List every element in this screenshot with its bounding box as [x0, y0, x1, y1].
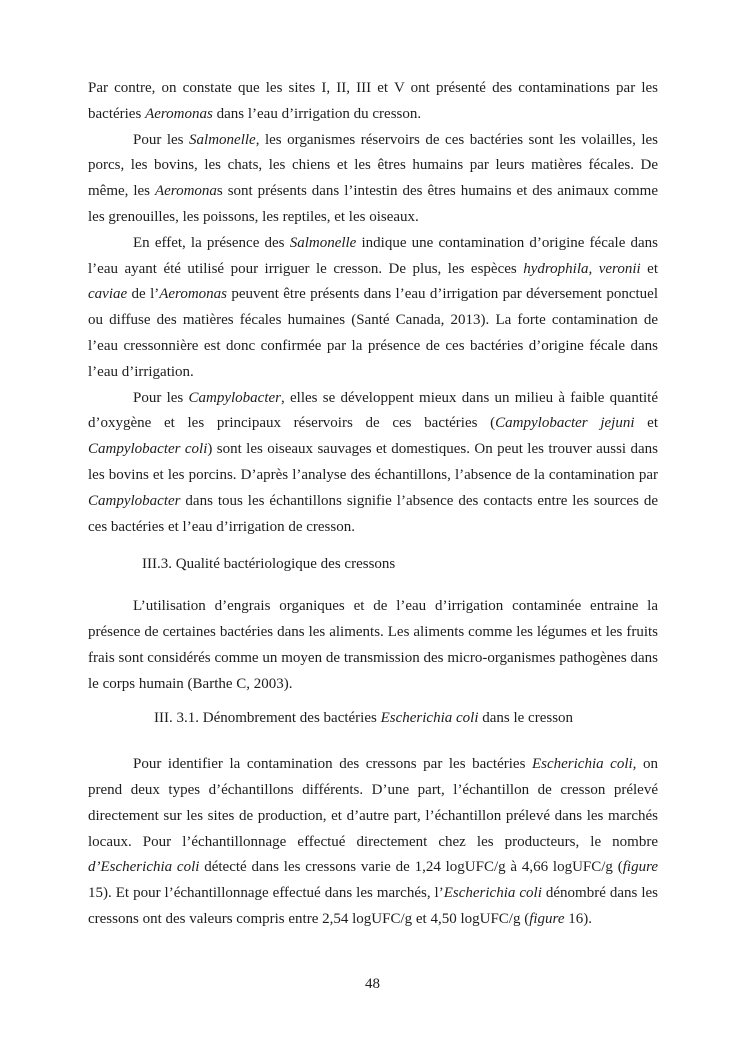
paragraph-salmonelle-reservoirs: Pour les Salmonelle, les organismes rése… [88, 128, 658, 231]
italic-text-run: Campylobacter [88, 493, 180, 509]
text-run: En effet, la présence des [133, 235, 290, 251]
italic-text-run: Escherichia coli [381, 710, 479, 726]
italic-text-run: Salmonelle [290, 235, 357, 251]
italic-text-run: Escherichia coli [444, 885, 542, 901]
italic-text-run: Campylobacter coli [88, 441, 207, 457]
paragraph-contamination-fecale: En effet, la présence des Salmonelle ind… [88, 231, 658, 386]
text-run: et [634, 415, 658, 431]
paragraph-aeromonas-sites: Par contre, on constate que les sites I,… [88, 76, 658, 128]
heading-denombrement-ecoli: III. 3.1. Dénombrement des bactéries Esc… [88, 706, 658, 732]
text-run: Pour les [133, 390, 189, 406]
italic-text-run: d’Escherichia coli [88, 859, 199, 875]
text-run: et [641, 261, 658, 277]
document-page: Par contre, on constate que les sites I,… [0, 0, 745, 1053]
text-run: 16). [565, 911, 593, 927]
text-run: L’utilisation d’engrais organiques et de… [88, 598, 658, 691]
text-run: détecté dans les cressons varie de 1,24 … [199, 859, 622, 875]
italic-text-run: figure [529, 911, 564, 927]
italic-text-run: Aeromonas [145, 106, 213, 122]
page-number: 48 [365, 976, 380, 992]
text-run: III.3. Qualité bactériologique des cress… [142, 556, 395, 572]
italic-text-run: hydrophila, veronii [523, 261, 640, 277]
italic-text-run: caviae [88, 286, 127, 302]
italic-text-run: Campylobacter [189, 390, 281, 406]
text-run: 15). Et pour l’échantillonnage effectué … [88, 885, 444, 901]
page-footer: 48 [0, 971, 745, 997]
text-run: III. 3.1. Dénombrement des bactéries [154, 710, 381, 726]
italic-text-run: Salmonelle [189, 132, 256, 148]
heading-qualite-bacteriologique: III.3. Qualité bactériologique des cress… [88, 552, 658, 578]
text-run: Pour identifier la contamination des cre… [133, 756, 532, 772]
italic-text-run: Aeromona [155, 183, 217, 199]
paragraph-campylobacter: Pour les Campylobacter, elles se dévelop… [88, 386, 658, 541]
paragraph-engrais-organiques: L’utilisation d’engrais organiques et de… [88, 594, 658, 697]
italic-text-run: Escherichia coli, [532, 756, 636, 772]
page-body: Par contre, on constate que les sites I,… [88, 76, 658, 933]
text-run: Pour les [133, 132, 189, 148]
text-run: dans le cresson [478, 710, 573, 726]
italic-text-run: figure [623, 859, 658, 875]
paragraph-echantillons-ecoli: Pour identifier la contamination des cre… [88, 752, 658, 933]
italic-text-run: Aeromonas [159, 286, 227, 302]
italic-text-run: Campylobacter jejuni [495, 415, 634, 431]
text-run: dans l’eau d’irrigation du cresson. [213, 106, 421, 122]
text-run: de l’ [127, 286, 159, 302]
